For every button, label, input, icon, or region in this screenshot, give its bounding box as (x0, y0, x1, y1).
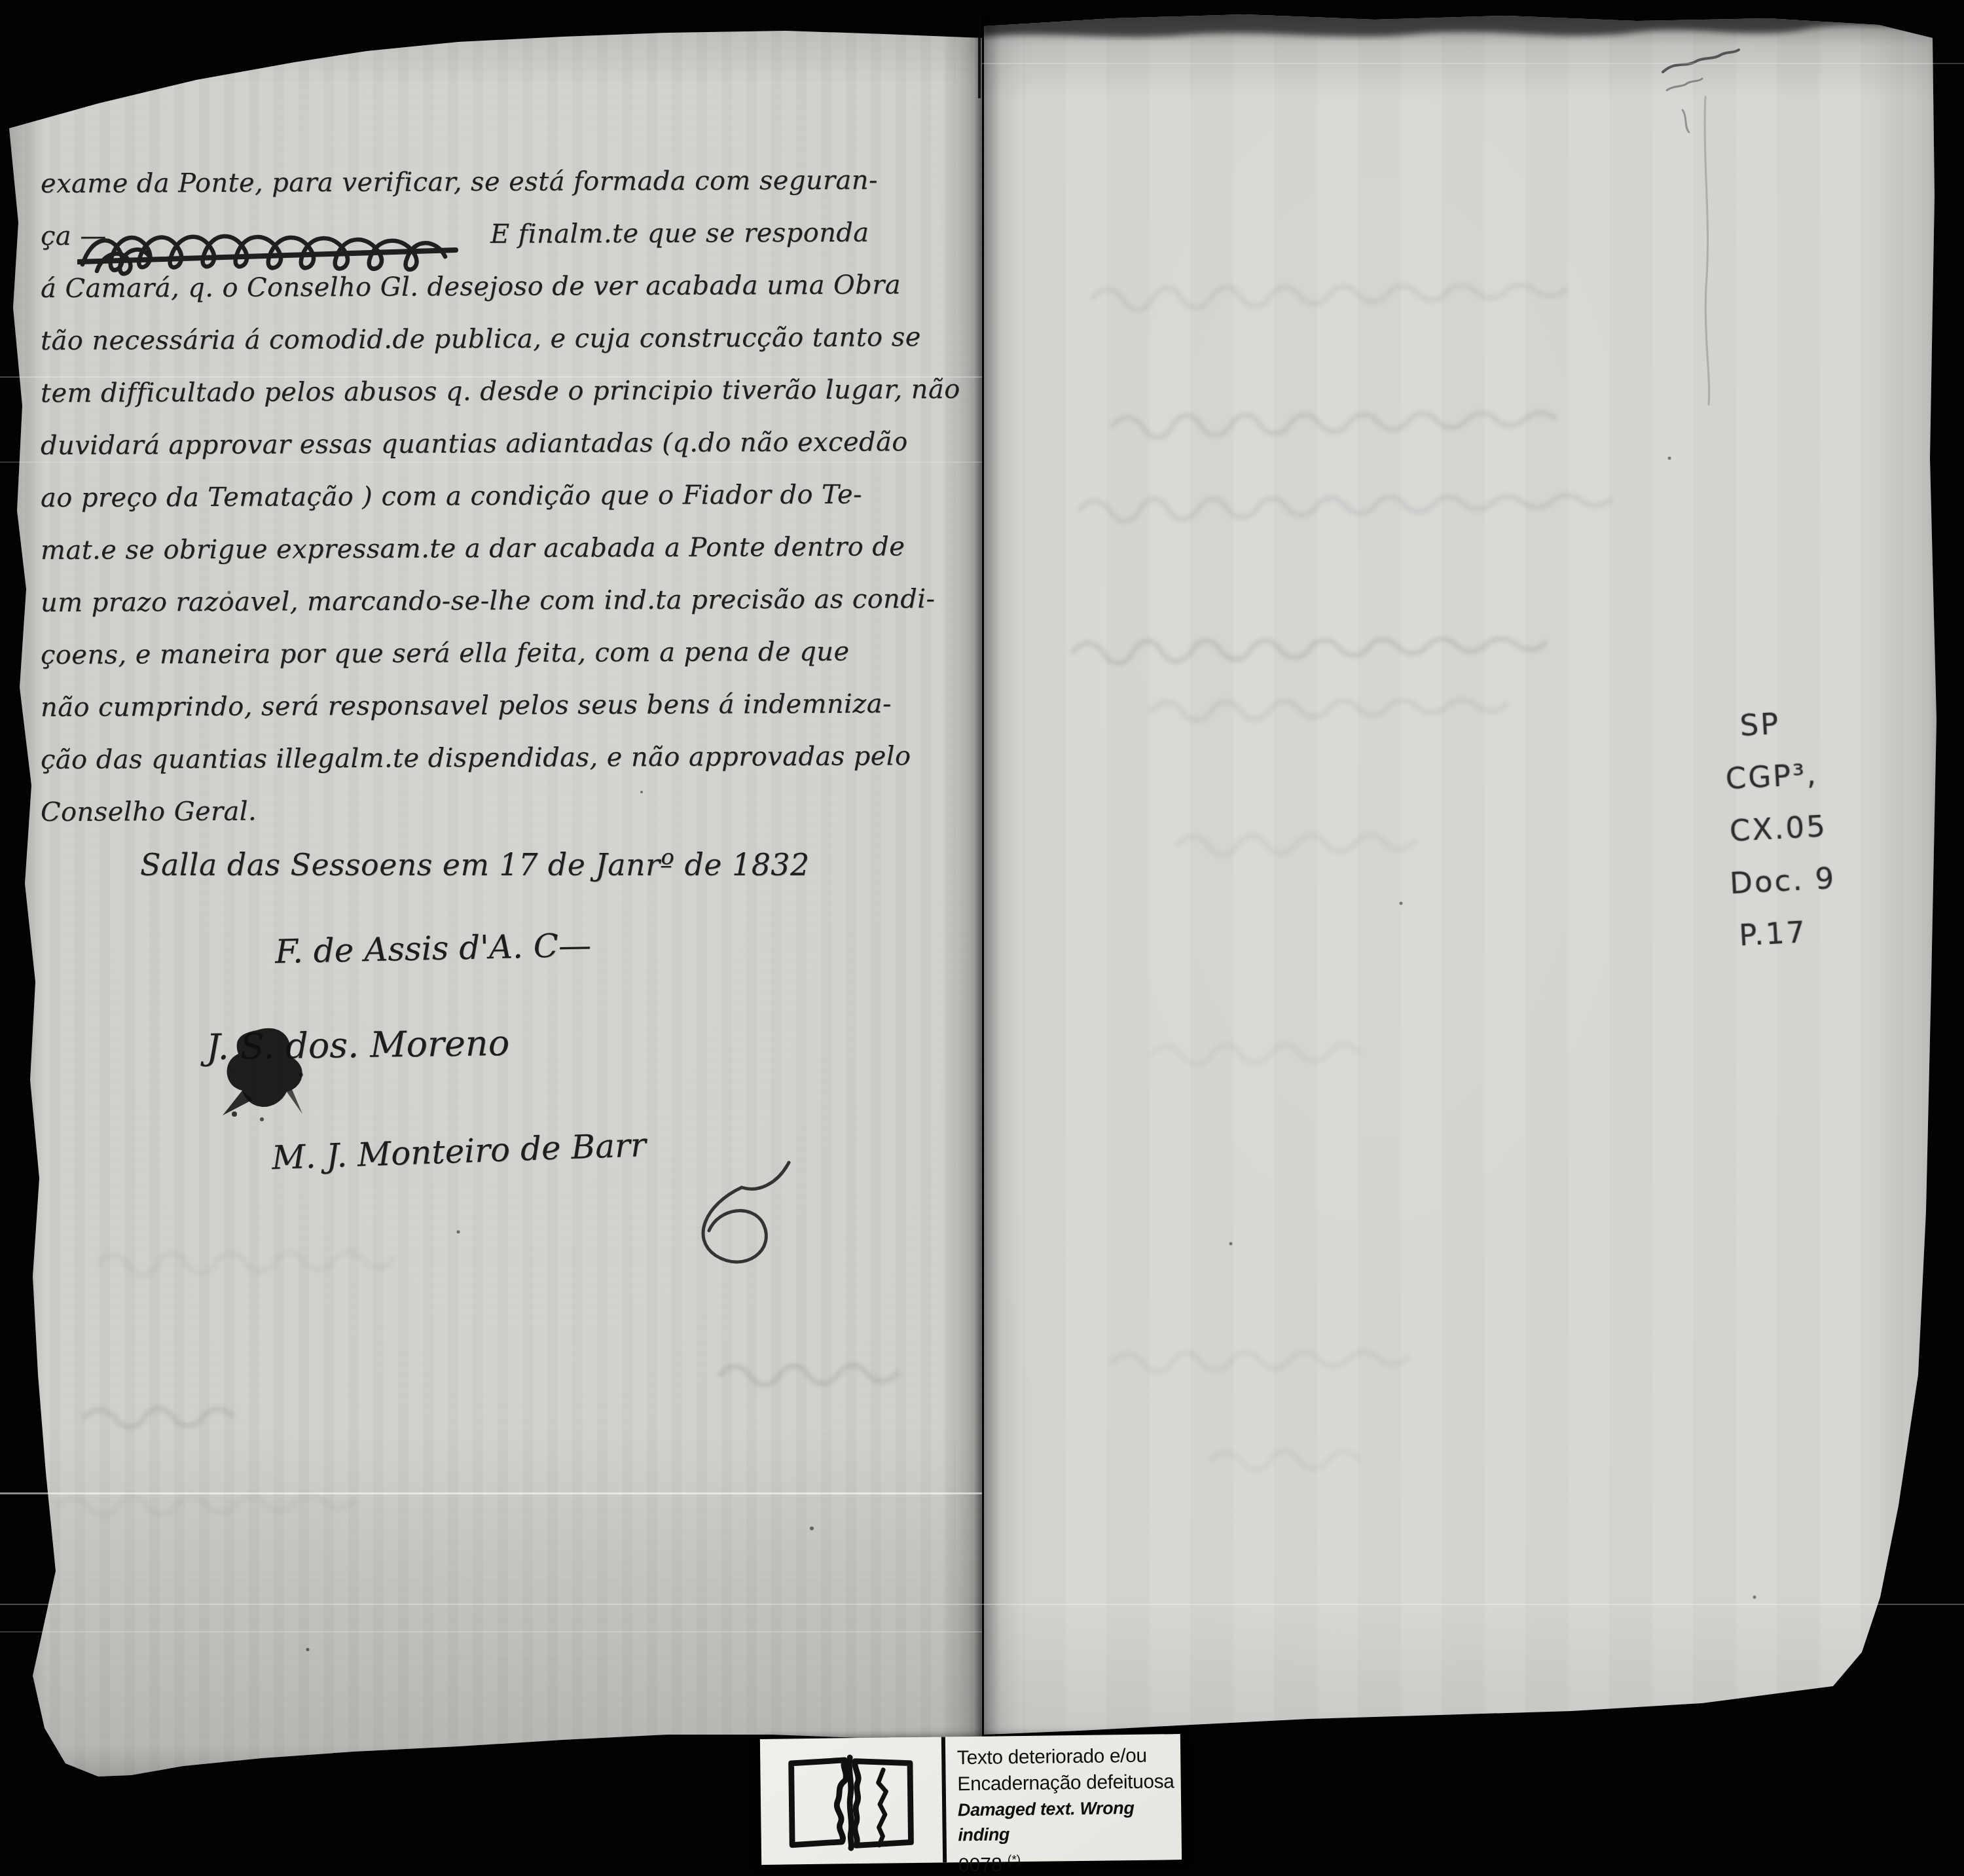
signature-2: J. S. dos. Moreno (206, 1022, 510, 1068)
manuscript-line: ao preço da Tematação ) com a condição q… (41, 468, 977, 524)
manuscript-line: tem difficultado pelos abusos q. desde o… (41, 363, 977, 420)
damaged-book-icon (782, 1749, 920, 1853)
gutter-top-line (978, 0, 981, 98)
torn-top-edge (982, 0, 1935, 79)
label-text-en: Damaged text. Wrong inding (958, 1795, 1182, 1847)
manuscript-line: çoens, e maneira por que será ella feita… (41, 625, 977, 681)
archival-ref-line: CX.05 (1728, 800, 1834, 857)
manuscript-line: duvidará approvar essas quantias adianta… (41, 416, 977, 472)
manuscript-line: tão necessária á comodid.de publica, e c… (41, 311, 977, 367)
label-text-pt-2: Encadernação defeituosa (957, 1769, 1181, 1797)
archival-ref-line: SP (1739, 695, 1829, 752)
label-text: Texto deteriorado e/ou Encadernação defe… (945, 1734, 1182, 1862)
signature-flourish (678, 1157, 815, 1295)
manuscript-line: á Camará, q. o Conselho Gl. desejoso de … (41, 259, 977, 315)
right-page: SP CGP³, CX.05 Doc. 9 P.17 (982, 0, 1964, 1876)
archival-scan: exame da Ponte, para verificar, se está … (0, 0, 1964, 1876)
ink-mark-top-right (1643, 12, 1800, 418)
manuscript-text: exame da Ponte, para verificar, se está … (41, 156, 977, 893)
manuscript-dateline: Salla das Sessoens em 17 de Janrº de 183… (41, 837, 977, 893)
manuscript-line: Conselho Geral. (41, 782, 977, 839)
label-icon-box (760, 1737, 947, 1864)
manuscript-line-end: E finalm.te que se responda (490, 218, 869, 250)
archival-ref-line: Doc. 9 (1728, 852, 1837, 910)
archival-reference-note: SP CGP³, CX.05 Doc. 9 P.17 (1722, 695, 1840, 962)
manuscript-line: não cumprindo, será responsavel pelos se… (41, 677, 977, 734)
archival-ref-line: CGP³, (1724, 748, 1832, 805)
archival-ref-line: P.17 (1737, 905, 1840, 962)
manuscript-line: exame da Ponte, para verificar, se está … (41, 154, 977, 210)
label-number: 0078 (*) (958, 1845, 1182, 1876)
label-text-pt-1: Texto deteriorado e/ou (957, 1742, 1181, 1771)
manuscript-line-with-scribble: ça — E finalm.te que se responda (41, 206, 977, 262)
manuscript-line: mat.e se obrigue expressam.te a dar acab… (41, 520, 977, 577)
manuscript-line: ção das quantias illegalm.te dispendidas… (41, 730, 977, 786)
condition-label: Texto deteriorado e/ou Encadernação defe… (760, 1734, 1182, 1865)
manuscript-line: um prazo razoavel, marcando-se-lhe com i… (41, 573, 977, 629)
label-number-mark: (*) (1008, 1853, 1021, 1867)
left-page: exame da Ponte, para verificar, se está … (0, 0, 982, 1876)
signature-3: M. J. Monteiro de Barr (271, 1126, 647, 1177)
manuscript-line-start: ça — (41, 221, 107, 251)
signature-1: F. de Assis d'A. C— (274, 926, 591, 971)
